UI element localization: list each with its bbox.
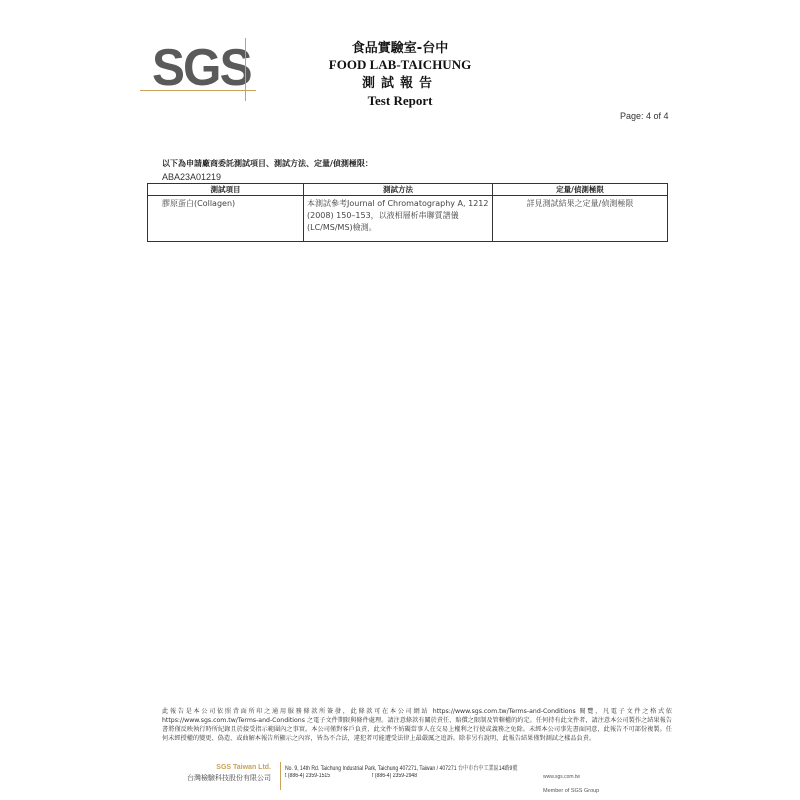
- cell-test-method: 本測試參考Journal of Chromatography A, 1212 (…: [304, 196, 493, 242]
- sgs-logo: SGS: [148, 38, 258, 98]
- test-method-table: 測試項目 測試方法 定量/偵測極限 膠原蛋白(Collagen) 本測試參考Jo…: [147, 183, 668, 242]
- header-detection-limit: 定量/偵測極限: [493, 184, 668, 196]
- lab-name-cn: 食品實驗室-台中: [300, 40, 500, 57]
- member-of-group: Member of SGS Group: [543, 788, 599, 794]
- table-header-row: 測試項目 測試方法 定量/偵測極限: [148, 184, 668, 196]
- company-website: www.sgs.com.tw: [543, 774, 580, 780]
- company-name-en: SGS Taiwan Ltd.: [199, 764, 271, 771]
- intro-text: 以下為申請廠商委託測試項目、測試方法、定量/偵測極限：: [162, 158, 373, 169]
- legal-disclaimer: 此報告是本公司依照背面所印之通用服務條款所簽發，此條款可在本公司網站 https…: [162, 707, 672, 743]
- lab-name-en: FOOD LAB-TAICHUNG: [300, 57, 500, 72]
- header-test-item: 測試項目: [148, 184, 304, 196]
- company-phone: t (886-4) 2359-1515: [285, 773, 330, 779]
- footer-divider: [280, 762, 281, 790]
- company-name-cn: 台灣檢驗科技股份有限公司: [160, 773, 271, 783]
- report-title-block: 食品實驗室-台中 FOOD LAB-TAICHUNG 測試報告 Test Rep…: [300, 40, 500, 108]
- report-title-cn: 測試報告: [300, 74, 500, 93]
- logo-vertical-rule: [245, 38, 246, 101]
- report-title-en: Test Report: [300, 93, 500, 108]
- logo-horizontal-rule: [140, 90, 256, 91]
- page-indicator: Page: 4 of 4: [620, 111, 669, 121]
- cell-detection-limit: 詳見測試結果之定量/偵測極限: [493, 196, 668, 242]
- table-row: 膠原蛋白(Collagen) 本測試參考Journal of Chromatog…: [148, 196, 668, 242]
- company-fax: f (886-4) 2359-2948: [372, 773, 417, 779]
- report-number: ABA23A01219: [162, 172, 221, 182]
- company-address: No. 9, 14th Rd. Taichung Industrial Park…: [285, 763, 517, 772]
- logo-wordmark: SGS: [152, 38, 251, 98]
- header-test-method: 測試方法: [304, 184, 493, 196]
- cell-test-item: 膠原蛋白(Collagen): [148, 196, 304, 242]
